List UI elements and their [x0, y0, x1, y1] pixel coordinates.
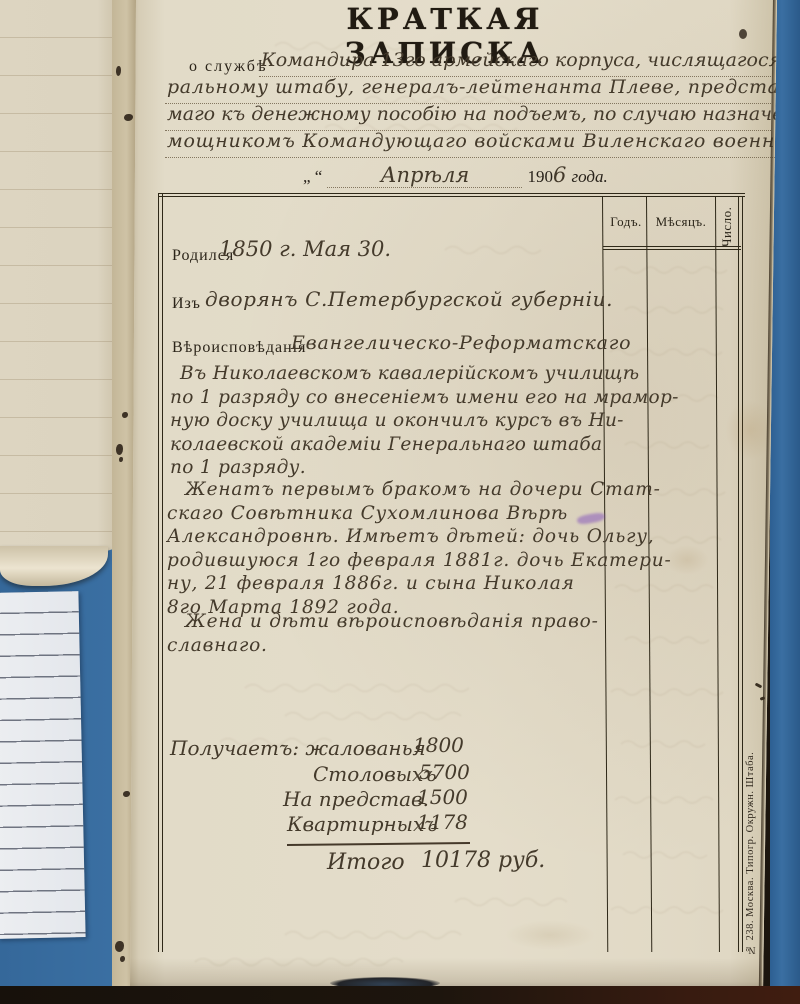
salary-row-value: 1800 [413, 733, 464, 757]
paragraph-line: ну, 21 февраля 1886г. и сына Николая [167, 572, 672, 596]
paragraph-line: Въ Николаевскомъ кавалерійскомъ училищѣ [170, 362, 679, 386]
service-line: Командира 13го армейскаго корпуса, числя… [261, 49, 800, 71]
origin-value: дворянъ С.Петербургской губерніи. [205, 287, 613, 311]
paper-stain [505, 920, 595, 950]
table-top-border [158, 193, 745, 197]
paragraph-line: ную доску училища и окончилъ курсъ въ Ни… [170, 409, 679, 433]
service-label: о службѣ [189, 58, 268, 76]
origin-label: Изъ [172, 295, 201, 313]
service-line: ральному штабу, генералъ-лейтенанта Плев… [167, 76, 800, 98]
rule [165, 156, 775, 158]
paragraph-line: по 1 разряду. [170, 456, 679, 480]
white-ruled-paper [0, 591, 86, 939]
paragraph-line: Женатъ первымъ бракомъ на дочери Стат- [167, 478, 672, 502]
date-quotes: „ “ [303, 167, 322, 186]
table-right-border [738, 197, 743, 952]
family-paragraph: Женатъ первымъ бракомъ на дочери Стат- с… [167, 478, 672, 619]
printer-imprint: № 238. Москва. Типогр. Окружн. Штаба. [745, 740, 756, 955]
date-year-printed: 190 [528, 167, 554, 186]
table-left-border [158, 193, 163, 952]
paragraph-line: колаевской академіи Генеральнаго штаба [170, 433, 679, 457]
faith-value: Евангелическо-Реформатскаго [291, 332, 631, 354]
column-header-month: Мѣсяцъ. [647, 214, 715, 230]
document-page: КРАТКАЯ ЗАПИСКА о службѣ Командира 13го … [125, 0, 782, 992]
book-bottom-edge [0, 986, 800, 1004]
salary-row-value: 5700 [419, 760, 470, 784]
service-line: мощникомъ Командующаго войсками Виленска… [167, 130, 800, 152]
family-faith-paragraph: Жена и дѣти вѣроисповѣданія право- славн… [167, 610, 599, 658]
paragraph-line: по 1 разряду со внесеніемъ имени его на … [170, 386, 679, 410]
column-header-day: Число. [719, 203, 735, 247]
salary-total-value: 10178 руб. [421, 848, 545, 873]
previous-page [0, 0, 122, 572]
date-suffix: года. [572, 167, 608, 186]
education-paragraph: Въ Николаевскомъ кавалерійскомъ училищѣ … [170, 362, 679, 480]
paper-stain [665, 545, 709, 575]
archival-book-photo: КРАТКАЯ ЗАПИСКА о службѣ Командира 13го … [0, 0, 800, 1004]
column-header-year: Годъ. [606, 214, 646, 230]
faith-label: Вѣроисповѣданія [172, 339, 306, 357]
date-month-handwritten: Апрѣля [327, 163, 522, 188]
salary-total-label: Итого [327, 850, 405, 875]
ink-spot [739, 29, 747, 39]
salary-row-label: Квартирныхъ [287, 812, 438, 836]
salary-row-value: 1178 [417, 810, 468, 834]
date-year-handwritten: 6 [553, 163, 566, 187]
paragraph-line: Александровнѣ. Имѣетъ дѣтей: дочь Ольгу, [167, 525, 672, 549]
paragraph-line: родившуюся 1го февраля 1881г. дочь Екате… [167, 549, 672, 573]
paragraph-line: Жена и дѣти вѣроисповѣданія право- [167, 610, 599, 634]
service-line: маго къ денежному пособію на подъемъ, по… [167, 103, 800, 125]
salary-row-value: 1500 [417, 785, 468, 809]
date-line: „ “ Апрѣля 1906 года. [303, 163, 608, 188]
salary-row-label: На представ. [283, 787, 429, 811]
born-value: 1850 г. Мая 30. [219, 237, 391, 261]
salary-row-label: Получаетъ: жалованья [170, 736, 426, 760]
paragraph-line: славнаго. [167, 634, 599, 658]
